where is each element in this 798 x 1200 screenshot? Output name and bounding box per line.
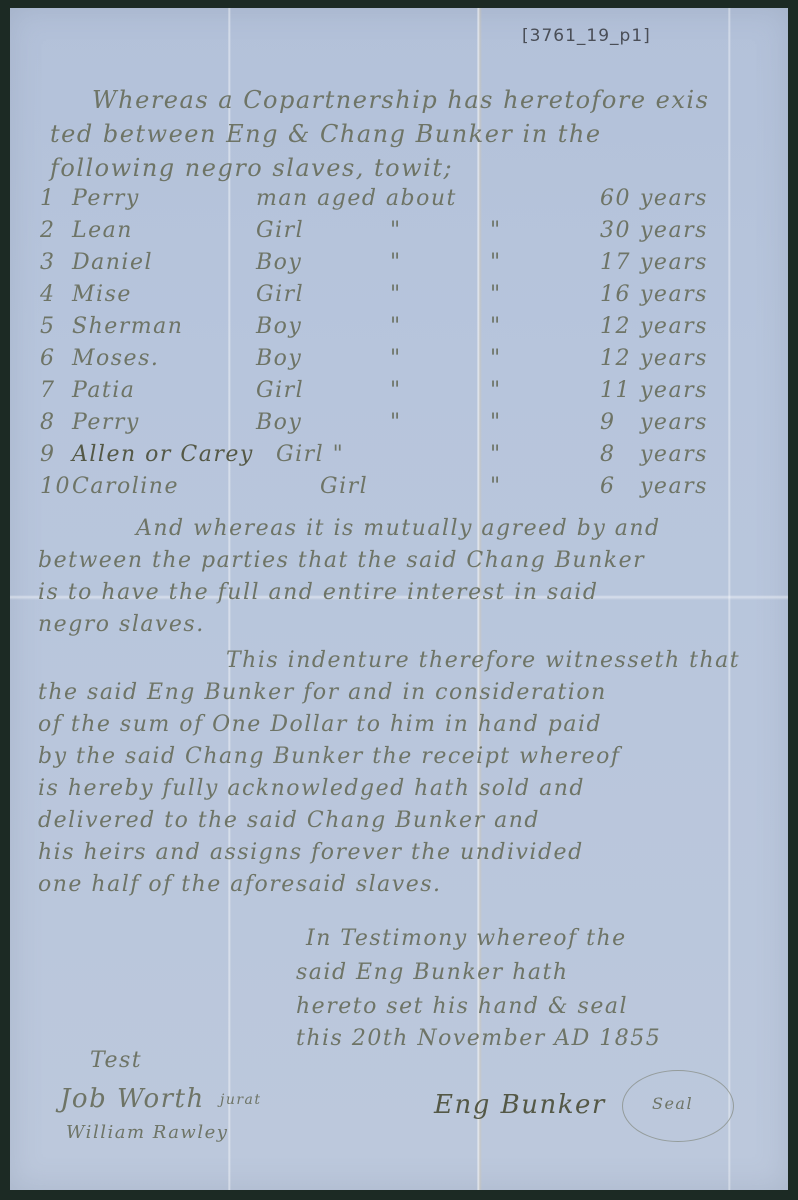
paragraph-2-line-4: negro slaves. xyxy=(38,612,205,637)
item-number: 3 xyxy=(40,250,56,275)
testimony-line-4: this 20th November AD 1855 xyxy=(296,1026,661,1051)
paragraph-2-line-2: between the parties that the said Chang … xyxy=(38,548,645,573)
item-name: Allen or Carey xyxy=(72,442,254,467)
item-age-unit: years xyxy=(640,218,708,243)
item-ditto: " xyxy=(390,282,402,307)
paragraph-3-line-5: is hereby fully acknowledged hath sold a… xyxy=(38,776,585,801)
list-item: 1 Perry man aged about 60 years xyxy=(40,186,770,216)
item-ditto: " xyxy=(390,346,402,371)
item-ditto: " xyxy=(390,314,402,339)
item-number: 6 xyxy=(40,346,56,371)
item-age-unit: years xyxy=(640,346,708,371)
item-ditto: " xyxy=(390,218,402,243)
list-item: 9 Allen or Carey Girl " " 8 years xyxy=(40,442,770,472)
item-description: Girl xyxy=(320,474,368,499)
item-age-unit: years xyxy=(640,442,708,467)
item-description: Boy xyxy=(256,346,302,371)
item-number: 1 xyxy=(40,186,56,211)
paragraph-3-line-4: by the said Chang Bunker the receipt whe… xyxy=(38,744,621,769)
item-age-unit: years xyxy=(640,410,708,435)
document-page: [3761_19_p1] Whereas a Copartnership has… xyxy=(10,8,788,1190)
item-age-unit: years xyxy=(640,314,708,339)
item-number: 5 xyxy=(40,314,56,339)
item-description: man aged about xyxy=(256,186,457,211)
item-number: 4 xyxy=(40,282,56,307)
item-description: Girl " xyxy=(276,442,344,467)
item-ditto: " xyxy=(390,410,402,435)
paragraph-3-line-1: This indenture therefore witnesseth that xyxy=(226,648,740,673)
item-name: Caroline xyxy=(72,474,179,499)
paragraph-3-line-8: one half of the aforesaid slaves. xyxy=(38,872,442,897)
item-ditto: " xyxy=(490,442,502,467)
preamble-line-2: ted between Eng & Chang Bunker in the xyxy=(50,120,602,148)
item-age-unit: years xyxy=(640,282,708,307)
witness-name-1: Job Worth xyxy=(60,1084,205,1114)
item-age-unit: years xyxy=(640,186,708,211)
item-ditto: " xyxy=(490,474,502,499)
item-number: 9 xyxy=(40,442,56,467)
preamble-line-3: following negro slaves, towit; xyxy=(50,154,453,182)
item-ditto: " xyxy=(490,282,502,307)
item-number: 2 xyxy=(40,218,56,243)
item-ditto: " xyxy=(490,314,502,339)
seal-label: Seal xyxy=(652,1094,693,1113)
list-item: 3 Daniel Boy " " 17 years xyxy=(40,250,770,280)
item-description: Boy xyxy=(256,410,302,435)
item-age: 60 xyxy=(600,186,631,211)
item-number: 10 xyxy=(40,474,71,499)
item-name: Lean xyxy=(72,218,133,243)
item-name: Moses. xyxy=(72,346,159,371)
paragraph-2-line-3: is to have the full and entire interest … xyxy=(38,580,598,605)
item-age: 12 xyxy=(600,346,631,371)
paragraph-3-line-6: delivered to the said Chang Bunker and xyxy=(38,808,540,833)
item-ditto: " xyxy=(390,250,402,275)
paragraph-3-line-2: the said Eng Bunker for and in considera… xyxy=(38,680,607,705)
item-ditto: " xyxy=(490,410,502,435)
witness-label: Test xyxy=(90,1048,142,1073)
paragraph-3-line-7: his heirs and assigns forever the undivi… xyxy=(38,840,584,865)
item-number: 8 xyxy=(40,410,56,435)
item-name: Mise xyxy=(72,282,132,307)
item-name: Perry xyxy=(72,186,140,211)
preamble-line-1: Whereas a Copartnership has heretofore e… xyxy=(92,86,709,114)
list-item: 7 Patia Girl " " 11 years xyxy=(40,378,770,408)
archive-label: [3761_19_p1] xyxy=(522,26,651,46)
item-description: Boy xyxy=(256,314,302,339)
list-item: 6 Moses. Boy " " 12 years xyxy=(40,346,770,376)
item-age: 6 xyxy=(600,474,616,499)
item-ditto: " xyxy=(490,378,502,403)
signature-name: Eng Bunker xyxy=(434,1090,606,1120)
item-ditto: " xyxy=(390,378,402,403)
list-item: 8 Perry Boy " " 9 years xyxy=(40,410,770,440)
item-ditto: " xyxy=(490,218,502,243)
item-age-unit: years xyxy=(640,378,708,403)
witness-name-2: William Rawley xyxy=(66,1122,228,1143)
item-age-unit: years xyxy=(640,474,708,499)
item-description: Girl xyxy=(256,378,304,403)
item-age: 16 xyxy=(600,282,631,307)
paragraph-2-line-1: And whereas it is mutually agreed by and xyxy=(136,516,661,541)
item-age-unit: years xyxy=(640,250,708,275)
item-age: 8 xyxy=(600,442,616,467)
testimony-line-1: In Testimony whereof the xyxy=(306,926,627,951)
item-ditto: " xyxy=(490,346,502,371)
item-age: 9 xyxy=(600,410,616,435)
testimony-line-3: hereto set his hand & seal xyxy=(296,994,628,1019)
item-name: Patia xyxy=(72,378,135,403)
testimony-line-2: said Eng Bunker hath xyxy=(296,960,568,985)
item-age: 30 xyxy=(600,218,631,243)
witness-jurat: jurat xyxy=(220,1092,262,1108)
list-item: 2 Lean Girl " " 30 years xyxy=(40,218,770,248)
item-age: 12 xyxy=(600,314,631,339)
list-item: 4 Mise Girl " " 16 years xyxy=(40,282,770,312)
item-description: Boy xyxy=(256,250,302,275)
item-number: 7 xyxy=(40,378,56,403)
item-name: Sherman xyxy=(72,314,183,339)
item-description: Girl xyxy=(256,282,304,307)
item-ditto: " xyxy=(490,250,502,275)
list-item: 10 Caroline Girl " 6 years xyxy=(40,474,770,504)
item-name: Daniel xyxy=(72,250,153,275)
item-age: 17 xyxy=(600,250,631,275)
item-age: 11 xyxy=(600,378,631,403)
list-item: 5 Sherman Boy " " 12 years xyxy=(40,314,770,344)
item-description: Girl xyxy=(256,218,304,243)
paragraph-3-line-3: of the sum of One Dollar to him in hand … xyxy=(38,712,602,737)
item-name: Perry xyxy=(72,410,140,435)
